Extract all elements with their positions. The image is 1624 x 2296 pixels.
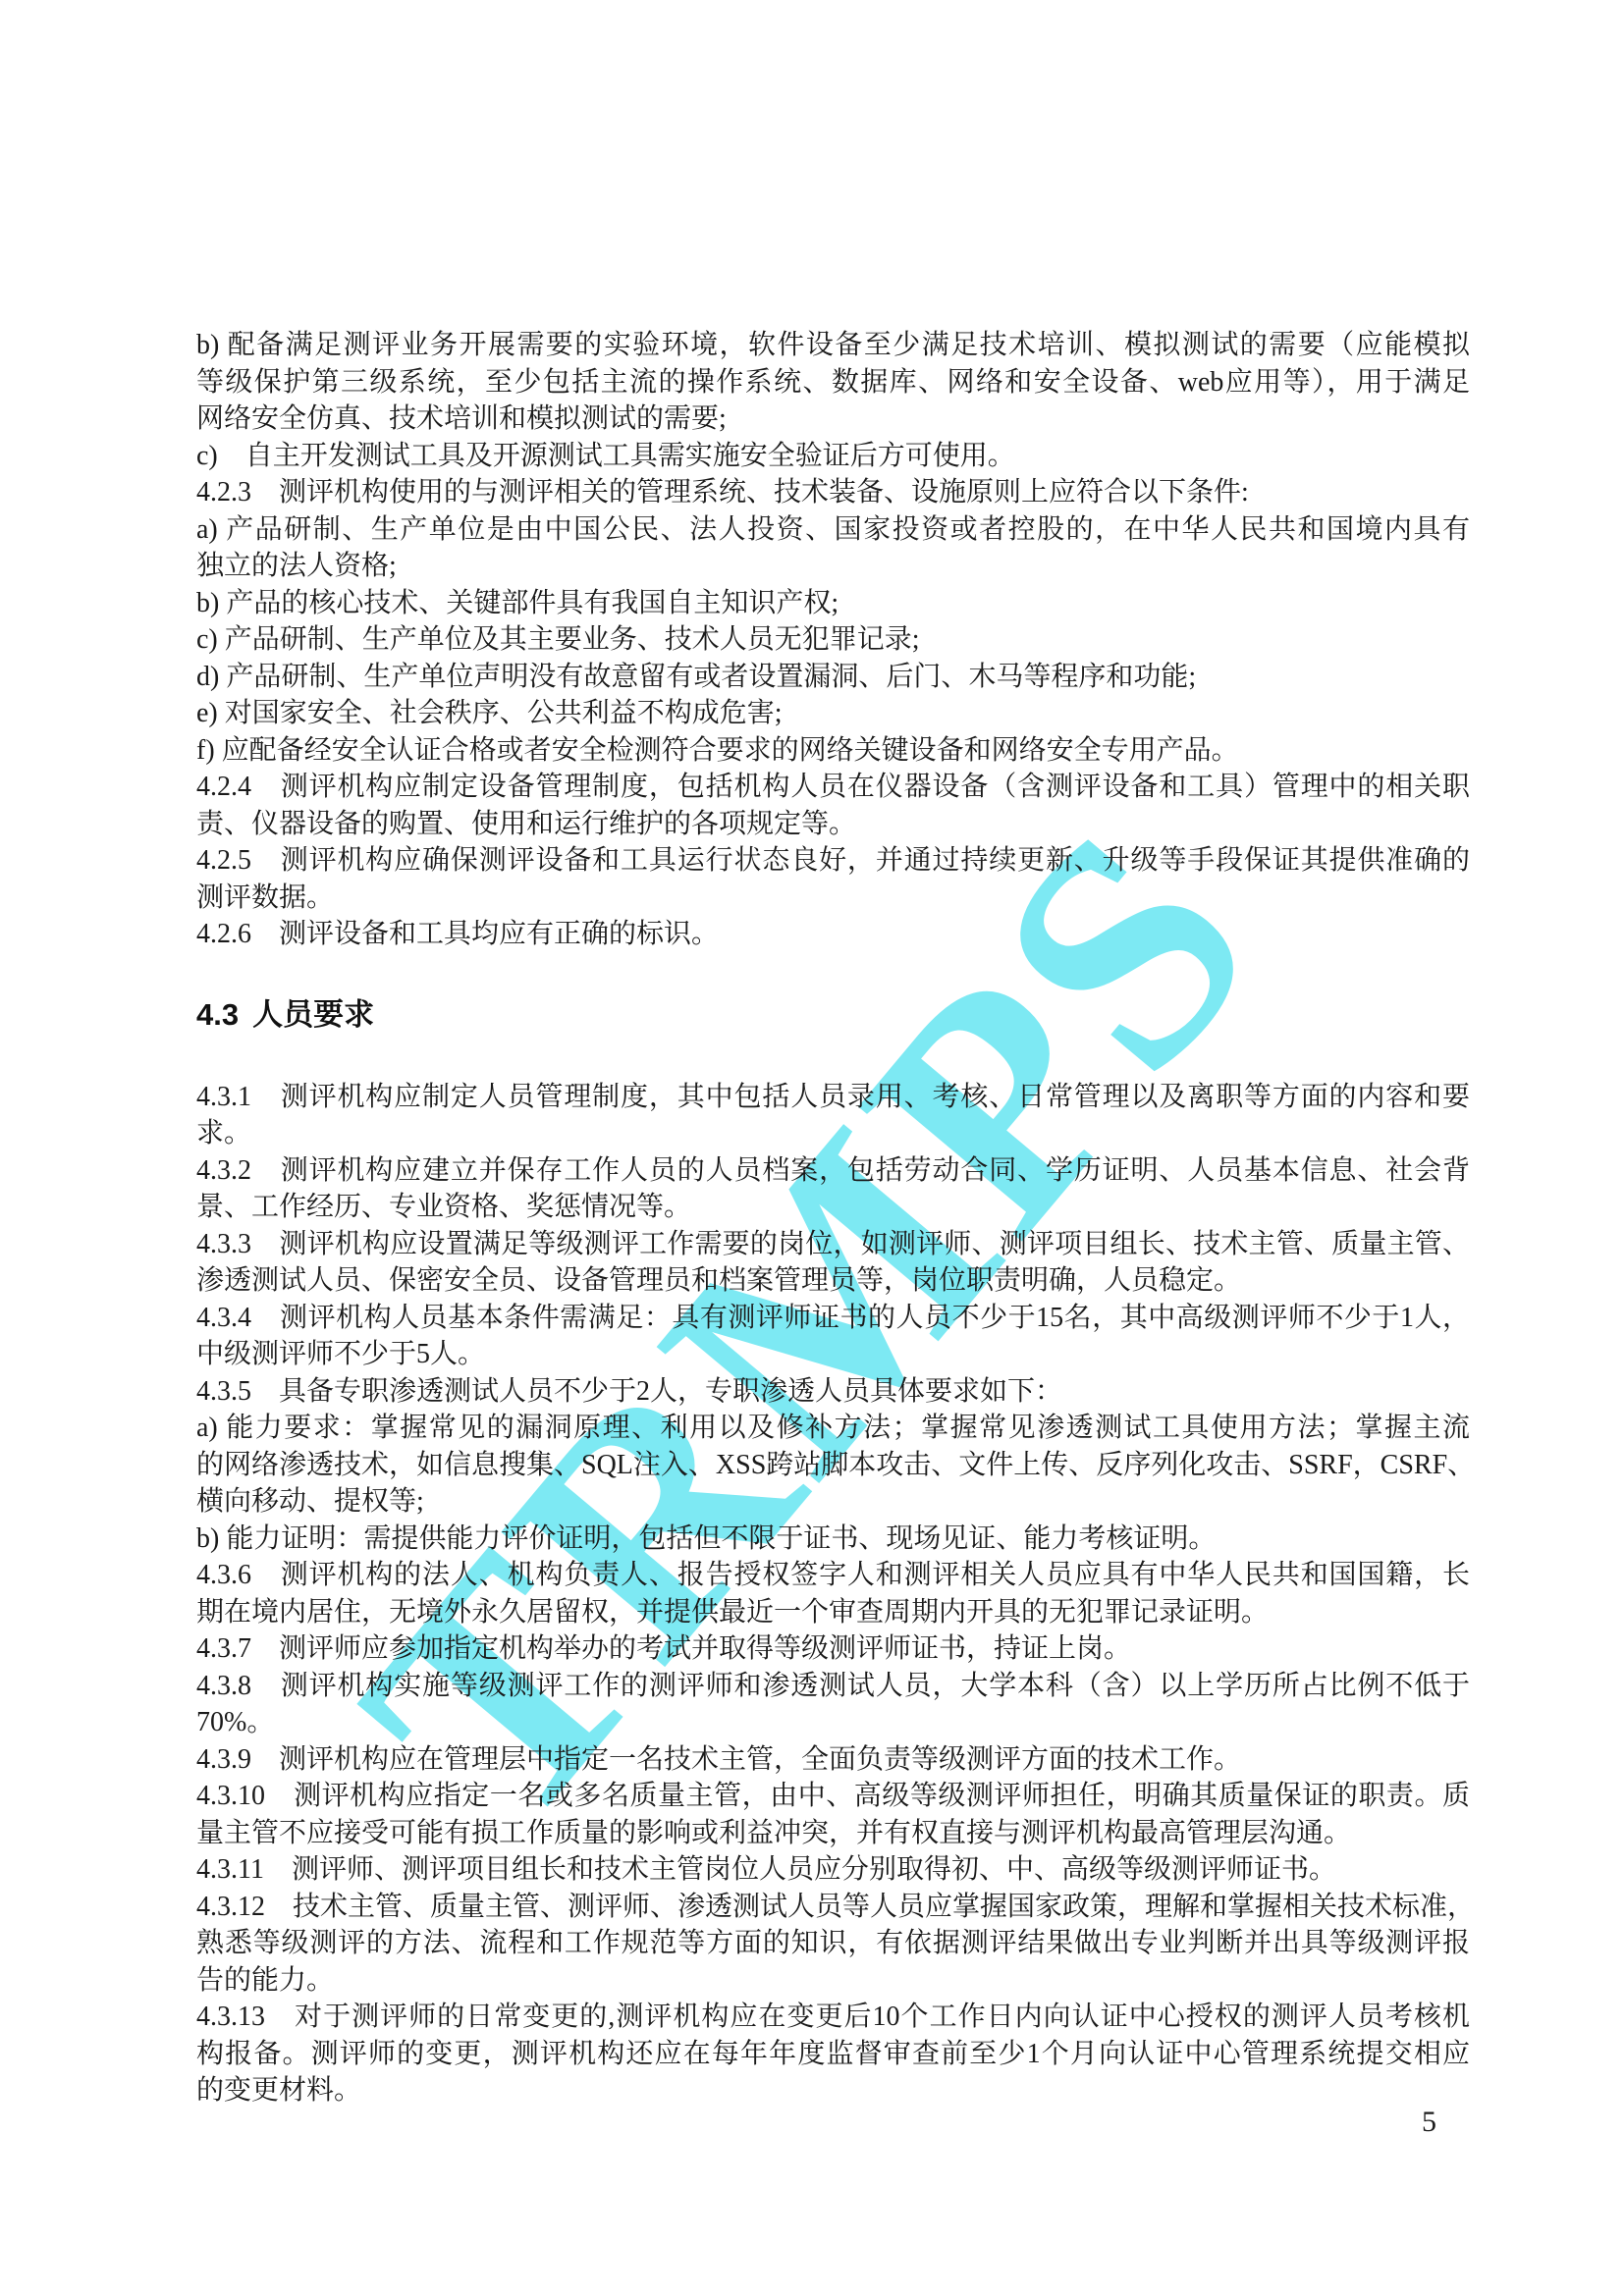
section-heading: 4.3人员要求 xyxy=(196,992,1470,1038)
section-heading-number: 4.3 xyxy=(196,997,239,1032)
text-line: 横向移动、提权等; xyxy=(196,1483,1470,1521)
text-line: 的变更材料。 xyxy=(196,2072,1470,2109)
text-line: b) 配备满足测评业务开展需要的实验环境，软件设备至少满足技术培训、模拟测试的需… xyxy=(196,327,1470,364)
text-line: b) 能力证明：需提供能力评价证明，包括但不限于证书、现场见证、能力考核证明。 xyxy=(196,1521,1470,1558)
text-line: b) 产品的核心技术、关键部件具有我国自主知识产权; xyxy=(196,585,1470,622)
text-line: 期在境内居住，无境外永久居留权，并提供最近一个审查周期内开具的无犯罪记录证明。 xyxy=(196,1594,1470,1631)
document-content: b) 配备满足测评业务开展需要的实验环境，软件设备至少满足技术培训、模拟测试的需… xyxy=(196,327,1470,2109)
page-number: 5 xyxy=(1422,2105,1436,2140)
text-line: a) 能力要求：掌握常见的漏洞原理、利用以及修补方法；掌握常见渗透测试工具使用方… xyxy=(196,1410,1470,1447)
text-line: 4.3.2 测评机构应建立并保存工作人员的人员档案，包括劳动合同、学历证明、人员… xyxy=(196,1152,1470,1190)
text-line: 4.2.5 测评机构应确保测评设备和工具运行状态良好，并通过持续更新、升级等手段… xyxy=(196,842,1470,880)
text-line: 4.3.12 技术主管、质量主管、测评师、渗透测试人员等人员应掌握国家政策，理解… xyxy=(196,1889,1470,1926)
text-line: 景、工作经历、专业资格、奖惩情况等。 xyxy=(196,1189,1470,1226)
section-heading-title: 人员要求 xyxy=(252,997,374,1032)
section-4-2-body: b) 配备满足测评业务开展需要的实验环境，软件设备至少满足技术培训、模拟测试的需… xyxy=(196,327,1470,953)
text-line: 网络安全仿真、技术培训和模拟测试的需要; xyxy=(196,400,1470,438)
text-line: 4.3.9 测评机构应在管理层中指定一名技术主管，全面负责等级测评方面的技术工作… xyxy=(196,1741,1470,1779)
text-line: a) 产品研制、生产单位是由中国公民、法人投资、国家投资或者控股的，在中华人民共… xyxy=(196,511,1470,549)
text-line: e) 对国家安全、社会秩序、公共利益不构成危害; xyxy=(196,695,1470,732)
text-line: 中级测评师不少于5人。 xyxy=(196,1336,1470,1373)
text-line: 4.2.6 测评设备和工具均应有正确的标识。 xyxy=(196,916,1470,953)
document-page: TRMPS b) 配备满足测评业务开展需要的实验环境，软件设备至少满足技术培训、… xyxy=(0,0,1624,2296)
text-line: 构报备。测评师的变更，测评机构还应在每年年度监督审查前至少1个月向认证中心管理系… xyxy=(196,2036,1470,2073)
text-line: 渗透测试人员、保密安全员、设备管理员和档案管理员等，岗位职责明确，人员稳定。 xyxy=(196,1262,1470,1300)
text-line: 4.3.5 具备专职渗透测试人员不少于2人，专职渗透人员具体要求如下： xyxy=(196,1373,1470,1411)
text-line: 熟悉等级测评的方法、流程和工作规范等方面的知识，有依据测评结果做出专业判断并出具… xyxy=(196,1925,1470,1962)
text-line: 测评数据。 xyxy=(196,880,1470,917)
text-line: 4.3.11 测评师、测评项目组长和技术主管岗位人员应分别取得初、中、高级等级测… xyxy=(196,1851,1470,1889)
text-line: 责、仪器设备的购置、使用和运行维护的各项规定等。 xyxy=(196,806,1470,843)
text-line: 求。 xyxy=(196,1115,1470,1152)
text-line: 的网络渗透技术，如信息搜集、SQL注入、XSS跨站脚本攻击、文件上传、反序列化攻… xyxy=(196,1447,1470,1484)
text-line: 4.3.13 对于测评师的日常变更的,测评机构应在变更后10个工作日内向认证中心… xyxy=(196,1999,1470,2036)
text-line: 等级保护第三级系统，至少包括主流的操作系统、数据库、网络和安全设备、web应用等… xyxy=(196,364,1470,401)
text-line: 4.3.7 测评师应参加指定机构举办的考试并取得等级测评师证书，持证上岗。 xyxy=(196,1630,1470,1668)
text-line: 4.3.4 测评机构人员基本条件需满足：具有测评师证书的人员不少于15名，其中高… xyxy=(196,1300,1470,1337)
text-line: 4.3.8 测评机构实施等级测评工作的测评师和渗透测试人员，大学本科（含）以上学… xyxy=(196,1668,1470,1705)
text-line: d) 产品研制、生产单位声明没有故意留有或者设置漏洞、后门、木马等程序和功能; xyxy=(196,659,1470,696)
text-line: 70%。 xyxy=(196,1704,1470,1741)
text-line: 4.3.1 测评机构应制定人员管理制度，其中包括人员录用、考核、日常管理以及离职… xyxy=(196,1079,1470,1116)
text-line: 4.2.4 测评机构应制定设备管理制度，包括机构人员在仪器设备（含测评设备和工具… xyxy=(196,769,1470,806)
text-line: 量主管不应接受可能有损工作质量的影响或利益冲突，并有权直接与测评机构最高管理层沟… xyxy=(196,1815,1470,1852)
text-line: 独立的法人资格; xyxy=(196,548,1470,585)
text-line: 4.3.3 测评机构应设置满足等级测评工作需要的岗位，如测评师、测评项目组长、技… xyxy=(196,1226,1470,1263)
text-line: c) 产品研制、生产单位及其主要业务、技术人员无犯罪记录; xyxy=(196,621,1470,659)
section-4-3-body: 4.3.1 测评机构应制定人员管理制度，其中包括人员录用、考核、日常管理以及离职… xyxy=(196,1079,1470,2109)
text-line: 4.3.10 测评机构应指定一名或多名质量主管，由中、高级等级测评师担任，明确其… xyxy=(196,1778,1470,1815)
text-line: 告的能力。 xyxy=(196,1962,1470,2000)
text-line: f) 应配备经安全认证合格或者安全检测符合要求的网络关键设备和网络安全专用产品。 xyxy=(196,732,1470,770)
text-line: c) 自主开发测试工具及开源测试工具需实施安全验证后方可使用。 xyxy=(196,438,1470,475)
text-line: 4.3.6 测评机构的法人、机构负责人、报告授权签字人和测评相关人员应具有中华人… xyxy=(196,1557,1470,1594)
text-line: 4.2.3 测评机构使用的与测评相关的管理系统、技术装备、设施原则上应符合以下条… xyxy=(196,474,1470,511)
